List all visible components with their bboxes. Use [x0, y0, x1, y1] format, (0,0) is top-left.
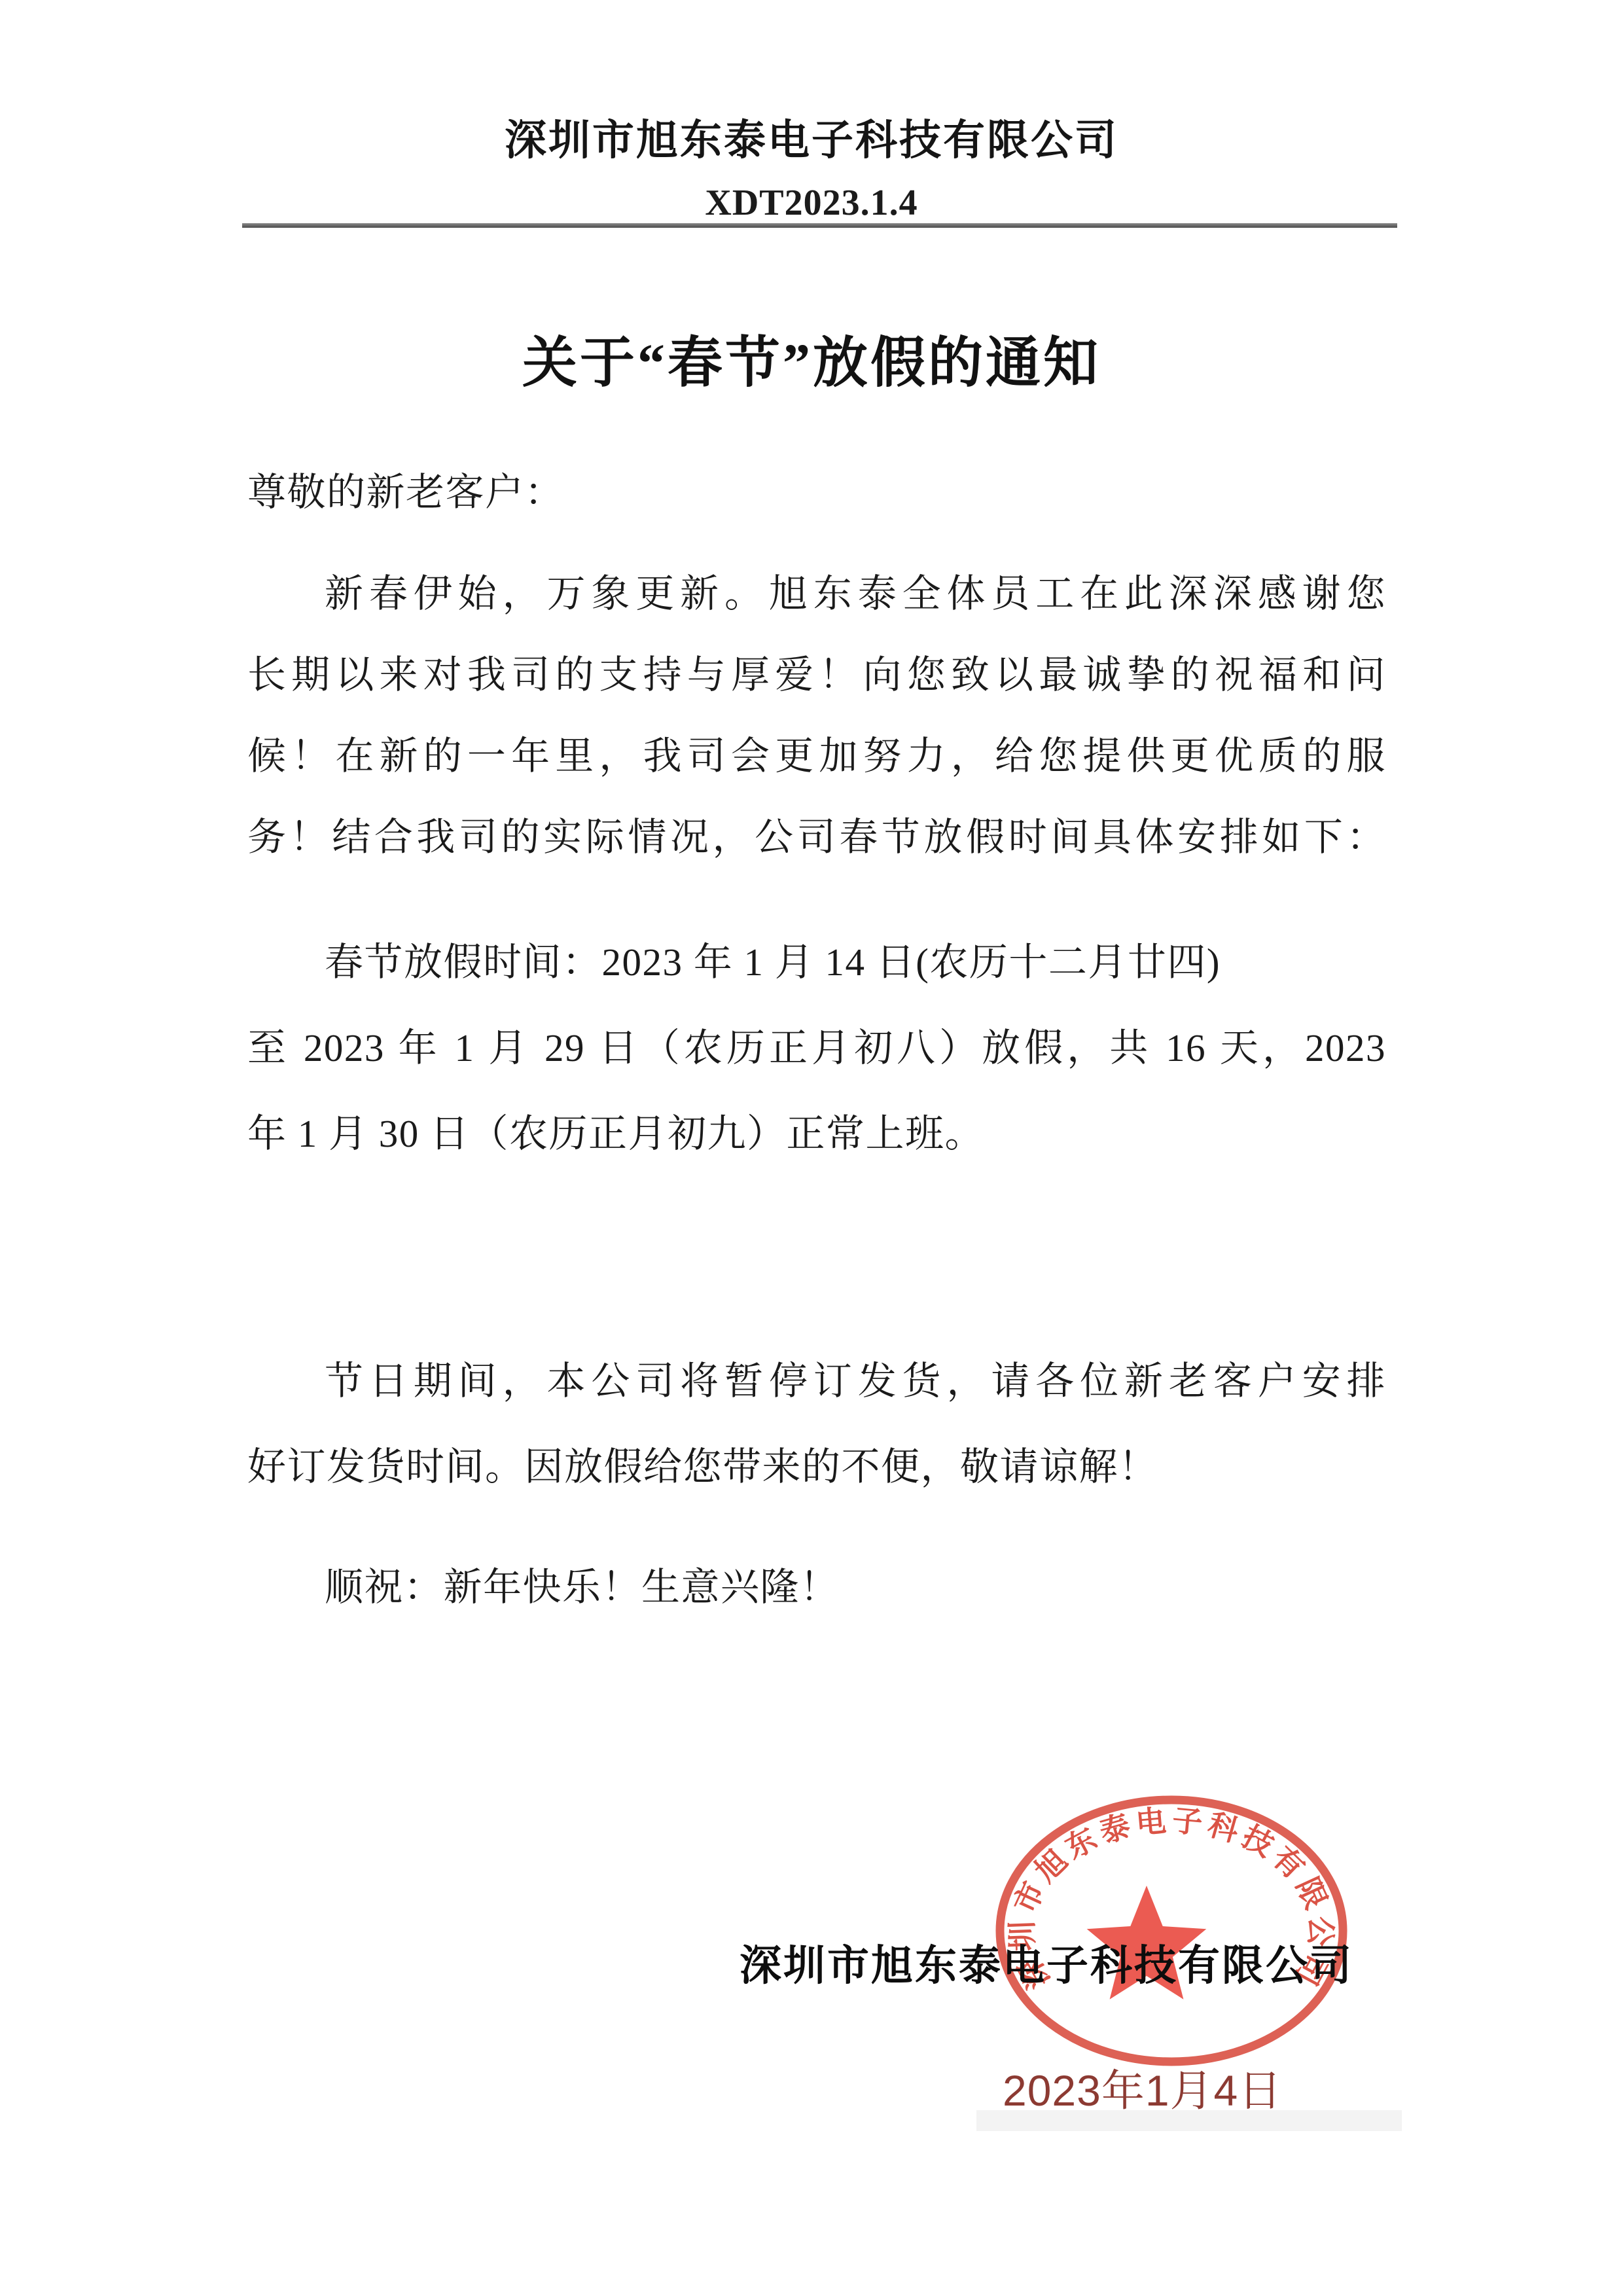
paragraph-line: 年 1 月 30 日（农历正月初九）正常上班。 [247, 1091, 1386, 1177]
signature-company-name: 深圳市旭东泰电子科技有限公司 [740, 1939, 1459, 1994]
paragraph-line: 节日期间，本公司将暂停订发货，请各位新老客户安排 [247, 1338, 1386, 1424]
paragraph-wishes: 顺祝：新年快乐！生意兴隆！ [247, 1547, 1386, 1628]
paragraph-greeting: 新春伊始，万象更新。旭东泰全体员工在此深深感谢您 长期以来对我司的支持与厚爱！向… [247, 553, 1386, 878]
paragraph-line: 至 2023 年 1 月 29 日（农历正月初八）放假，共 16 天，2023 [247, 1005, 1386, 1091]
header-divider [242, 223, 1397, 228]
paragraph-line: 新春伊始，万象更新。旭东泰全体员工在此深深感谢您 [247, 553, 1386, 634]
paragraph-line: 长期以来对我司的支持与厚爱！向您致以最诚挚的祝福和问 [247, 634, 1386, 715]
paragraph-line: 好订发货时间。因放假给您带来的不便，敬请谅解！ [247, 1424, 1386, 1510]
paragraph-shipping-notice: 节日期间，本公司将暂停订发货，请各位新老客户安排 好订发货时间。因放假给您带来的… [247, 1338, 1386, 1510]
document-page: 深圳市旭东泰电子科技有限公司 XDT2023.1.4 关于“春节”放假的通知 尊… [0, 0, 1623, 2296]
header-company-name: 深圳市旭东泰电子科技有限公司 [0, 111, 1623, 170]
signature-date: 2023年1月4日 [1003, 2062, 1526, 2119]
header-doc-code: XDT2023.1.4 [0, 178, 1623, 228]
salutation: 尊敬的新老客户： [247, 452, 1386, 533]
company-seal-stamp: 深圳市旭东泰电子科技有限公司 [982, 1790, 1361, 2078]
paragraph-holiday-schedule: 春节放假时间：2023 年 1 月 14 日(农历十二月廿四) 至 2023 年… [247, 920, 1386, 1177]
notice-title: 关于“春节”放假的通知 [0, 327, 1623, 401]
paragraph-line: 顺祝：新年快乐！生意兴隆！ [247, 1547, 1386, 1628]
paragraph-line: 候！在新的一年里，我司会更加努力，给您提供更优质的服 [247, 715, 1386, 797]
paragraph-line: 春节放假时间：2023 年 1 月 14 日(农历十二月廿四) [247, 920, 1386, 1005]
paragraph-line: 务！结合我司的实际情况，公司春节放假时间具体安排如下： [247, 797, 1386, 878]
